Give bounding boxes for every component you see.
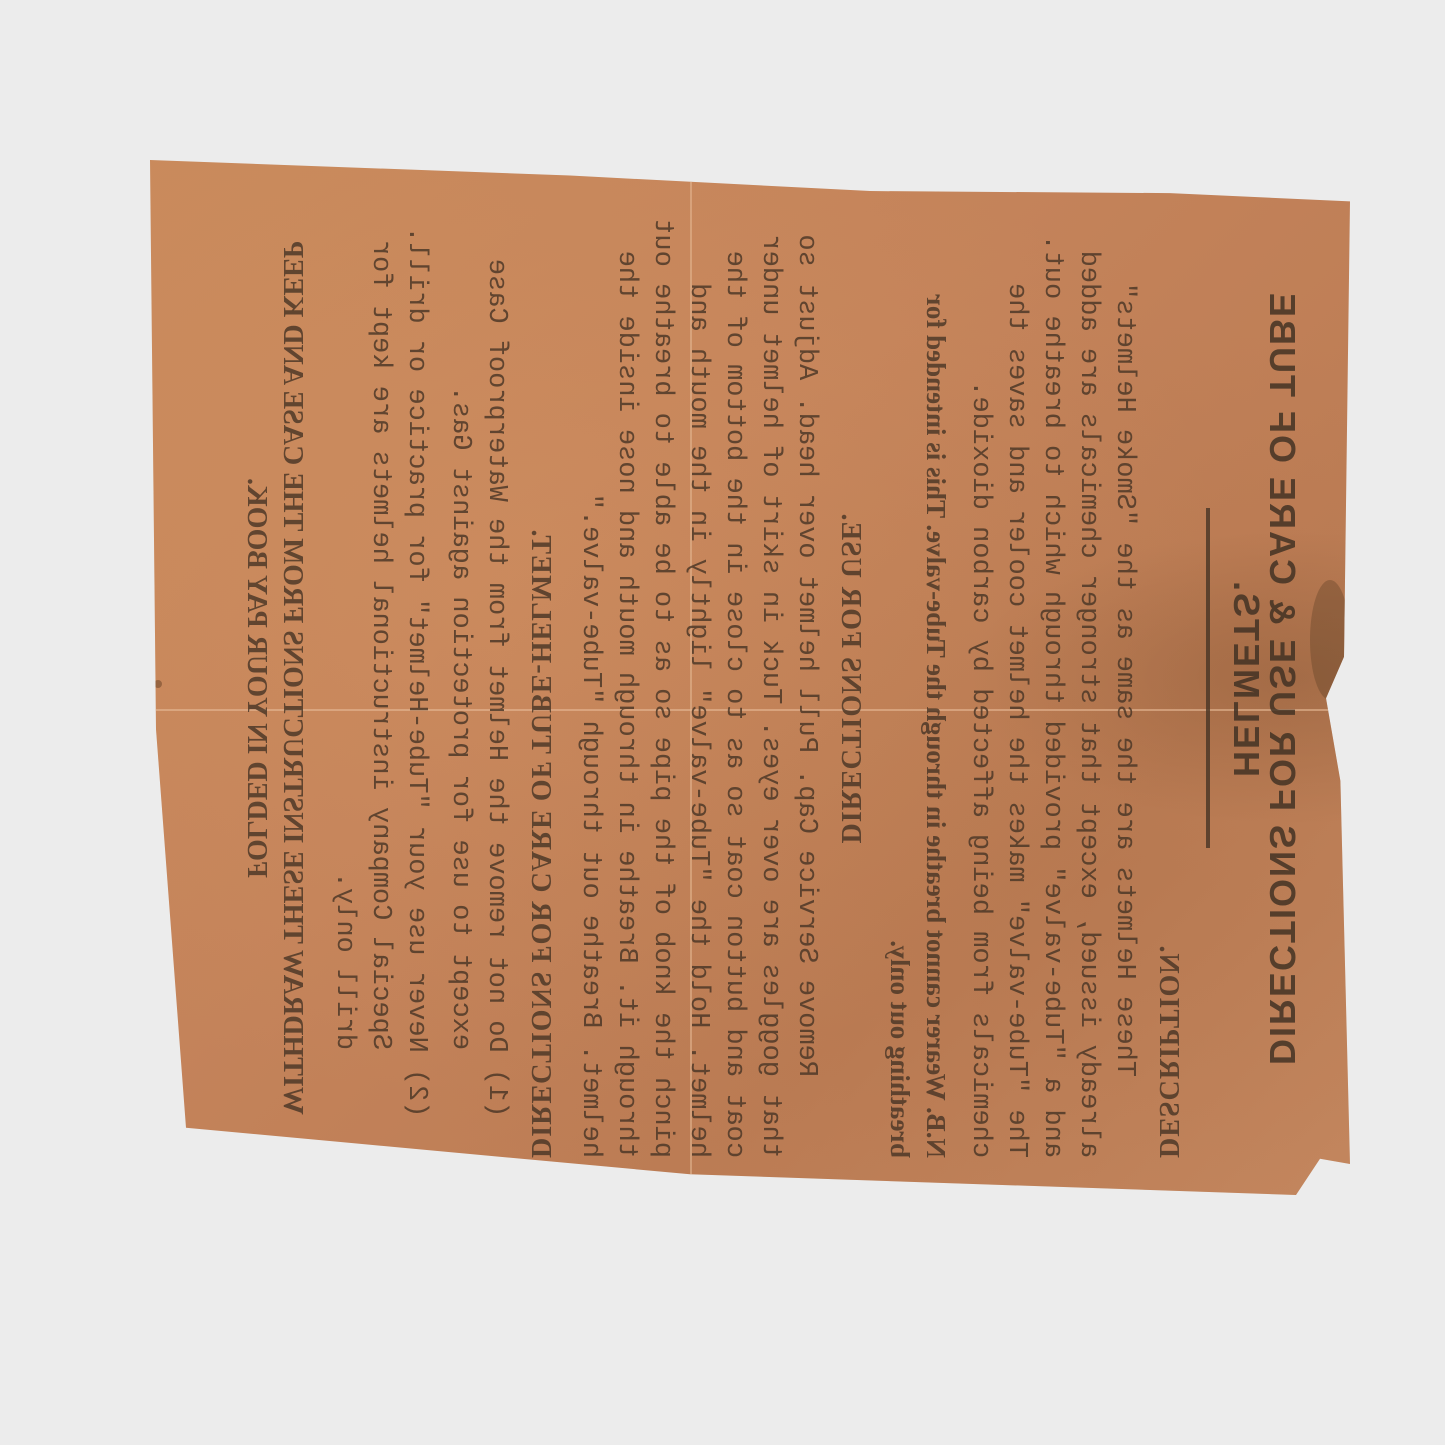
footer-instruction: WITHDRAW THESE INSTRUCTIONS FROM THE CAS… [238, 198, 310, 1158]
use-heading: DIRECTIONS FOR USE. [832, 198, 868, 1158]
paper-document: DIRECTIONS FOR USE & CARE OF TUBE HELMET… [150, 160, 1350, 1195]
nb-note: N.B. Wearer cannot breathe in through th… [882, 198, 954, 1158]
mirrored-print: DIRECTIONS FOR USE & CARE OF TUBE HELMET… [200, 198, 1300, 1158]
care-item: (1) Do not remove the Helmet from the Wa… [442, 198, 514, 1158]
worn-patch [1310, 580, 1350, 700]
document-title: DIRECTIONS FOR USE & CARE OF TUBE HELMET… [1228, 198, 1300, 1158]
care-item: (2) Never use your "Tube-Helmet" for pra… [326, 198, 434, 1158]
ink-spot [154, 680, 162, 688]
description-text: These Helmets are the same as the "Smoke… [962, 198, 1142, 1158]
description-heading: DESCRIPTION. [1150, 198, 1186, 1158]
care-heading: DIRECTIONS FOR CARE OF TUBE-HELMET. [522, 198, 558, 1158]
title-rule [1206, 508, 1210, 848]
use-text: Remove Service Cap. Pull helmet over hea… [572, 198, 824, 1158]
